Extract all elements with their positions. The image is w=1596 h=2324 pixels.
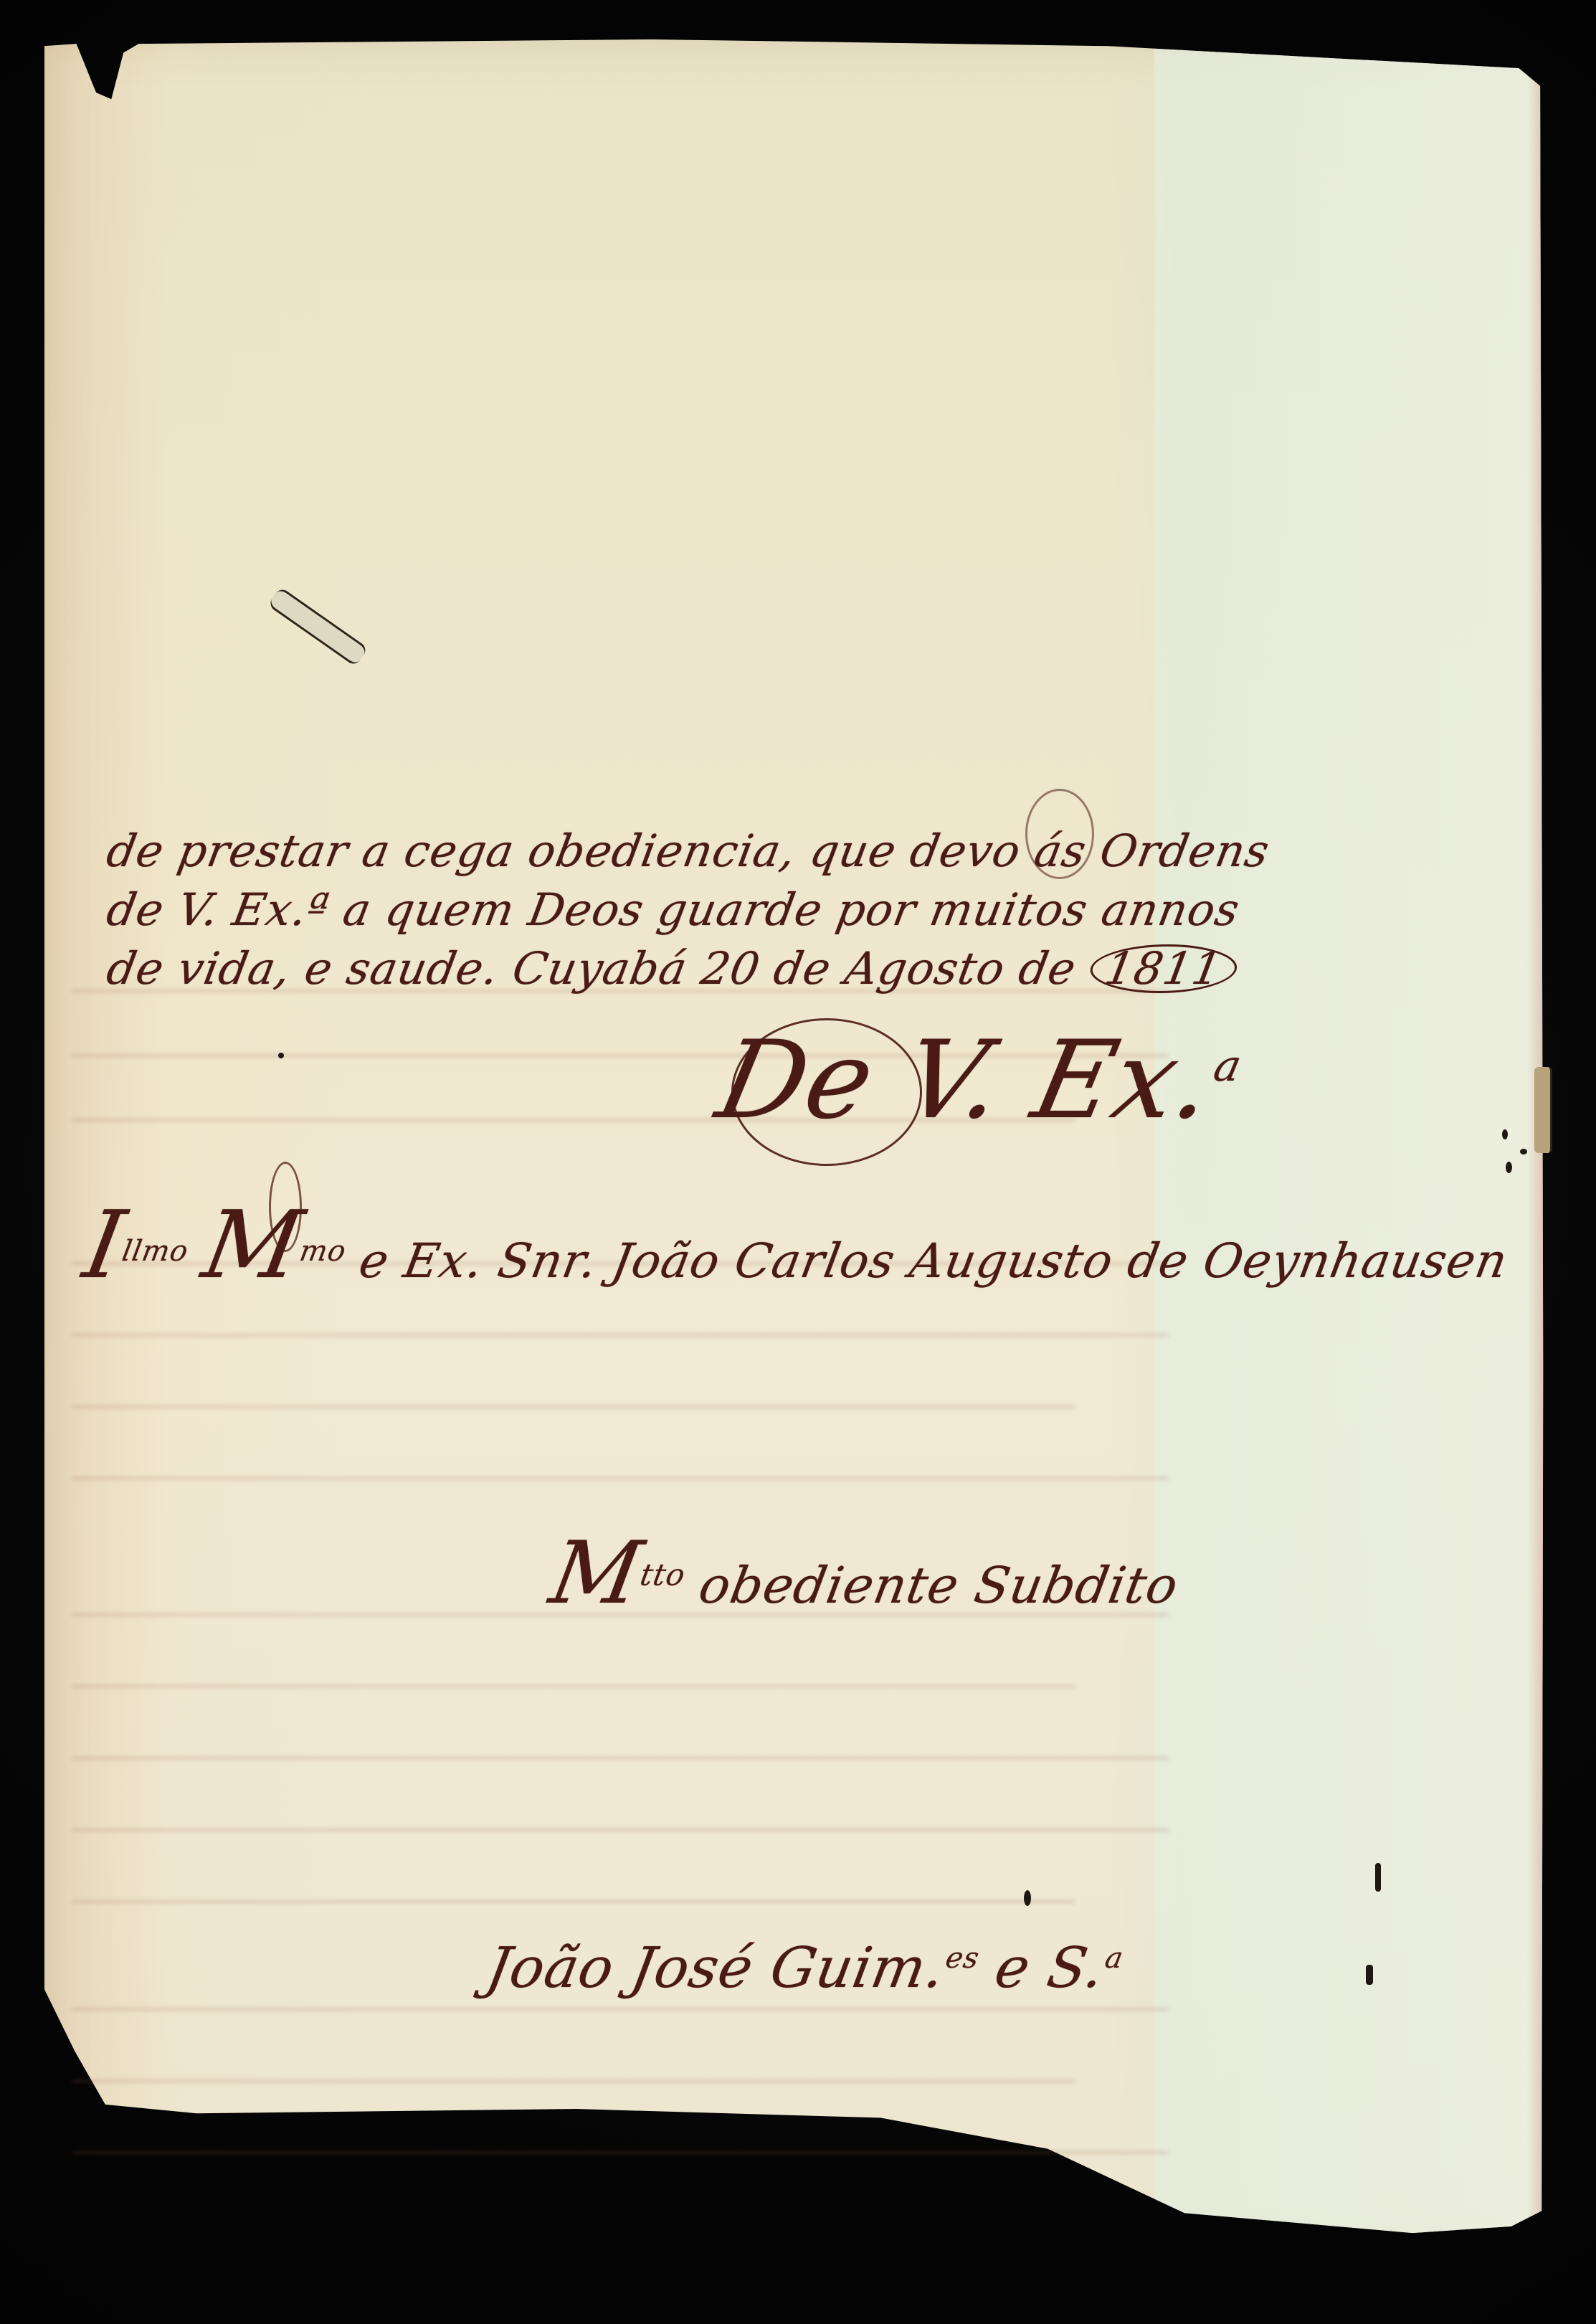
addressee-flourish	[269, 1162, 302, 1252]
valediction-initial: M	[543, 1524, 650, 1623]
ordens-flourish	[1025, 789, 1094, 879]
bleed-through-line	[72, 1900, 1075, 1903]
bleed-through-line	[72, 1334, 1169, 1337]
bleed-through-line	[72, 1757, 1169, 1760]
body-line-3: de vida, e saude. Cuyabá 20 de Agosto de…	[103, 942, 1242, 995]
ink-speck	[1502, 1129, 1508, 1139]
valediction-text: obediente Subdito	[695, 1556, 1183, 1615]
body-line-1: de prestar a cega obediencia, que devo á…	[103, 825, 1274, 877]
binding-slot	[1534, 1067, 1552, 1153]
ink-speck	[1375, 1863, 1381, 1892]
bleed-through-line	[72, 2008, 1169, 2011]
signature-superscript: es	[943, 1942, 982, 1975]
valediction: Mtto obediente Subdito	[543, 1524, 1189, 1623]
bleed-through-line	[72, 1829, 1169, 1831]
valediction-superscript: tto	[637, 1557, 688, 1593]
signature-name: João José Guim.	[482, 1936, 950, 2001]
bleed-through-line	[72, 2079, 1075, 2082]
addressee-name: João Carlos Augusto de Oeynhausen	[608, 1233, 1512, 1289]
paper-fold-region	[1154, 39, 1542, 2255]
bleed-through-line	[72, 1477, 1169, 1480]
ink-speck	[1506, 1162, 1512, 1173]
addressee-connector: e Ex.	[355, 1233, 488, 1289]
signature: João José Guim.es e S.a	[482, 1936, 1127, 2001]
ink-speck	[1024, 1890, 1031, 1906]
ink-speck	[278, 1053, 284, 1058]
bleed-through-line	[72, 1685, 1075, 1688]
addressee-honorific: Snr.	[494, 1233, 602, 1289]
addressee-sup-1: llmo	[120, 1235, 191, 1268]
signature-suffix: e S.	[990, 1936, 1109, 2001]
ink-speck	[1366, 1965, 1373, 1985]
body-line-2: de V. Ex.ª a quem Deos guarde por muitos…	[103, 883, 1244, 936]
bleed-through-line	[72, 1405, 1075, 1408]
ink-speck	[1520, 1149, 1527, 1154]
closing-flourish	[731, 1018, 922, 1166]
body-line-3-text: de vida, e saude. Cuyabá 20 de Agosto de	[103, 942, 1080, 995]
bleed-through-line	[72, 2151, 1169, 2154]
addressee-sup-2: mo	[297, 1235, 348, 1268]
year-circled: 1811	[1086, 944, 1241, 993]
